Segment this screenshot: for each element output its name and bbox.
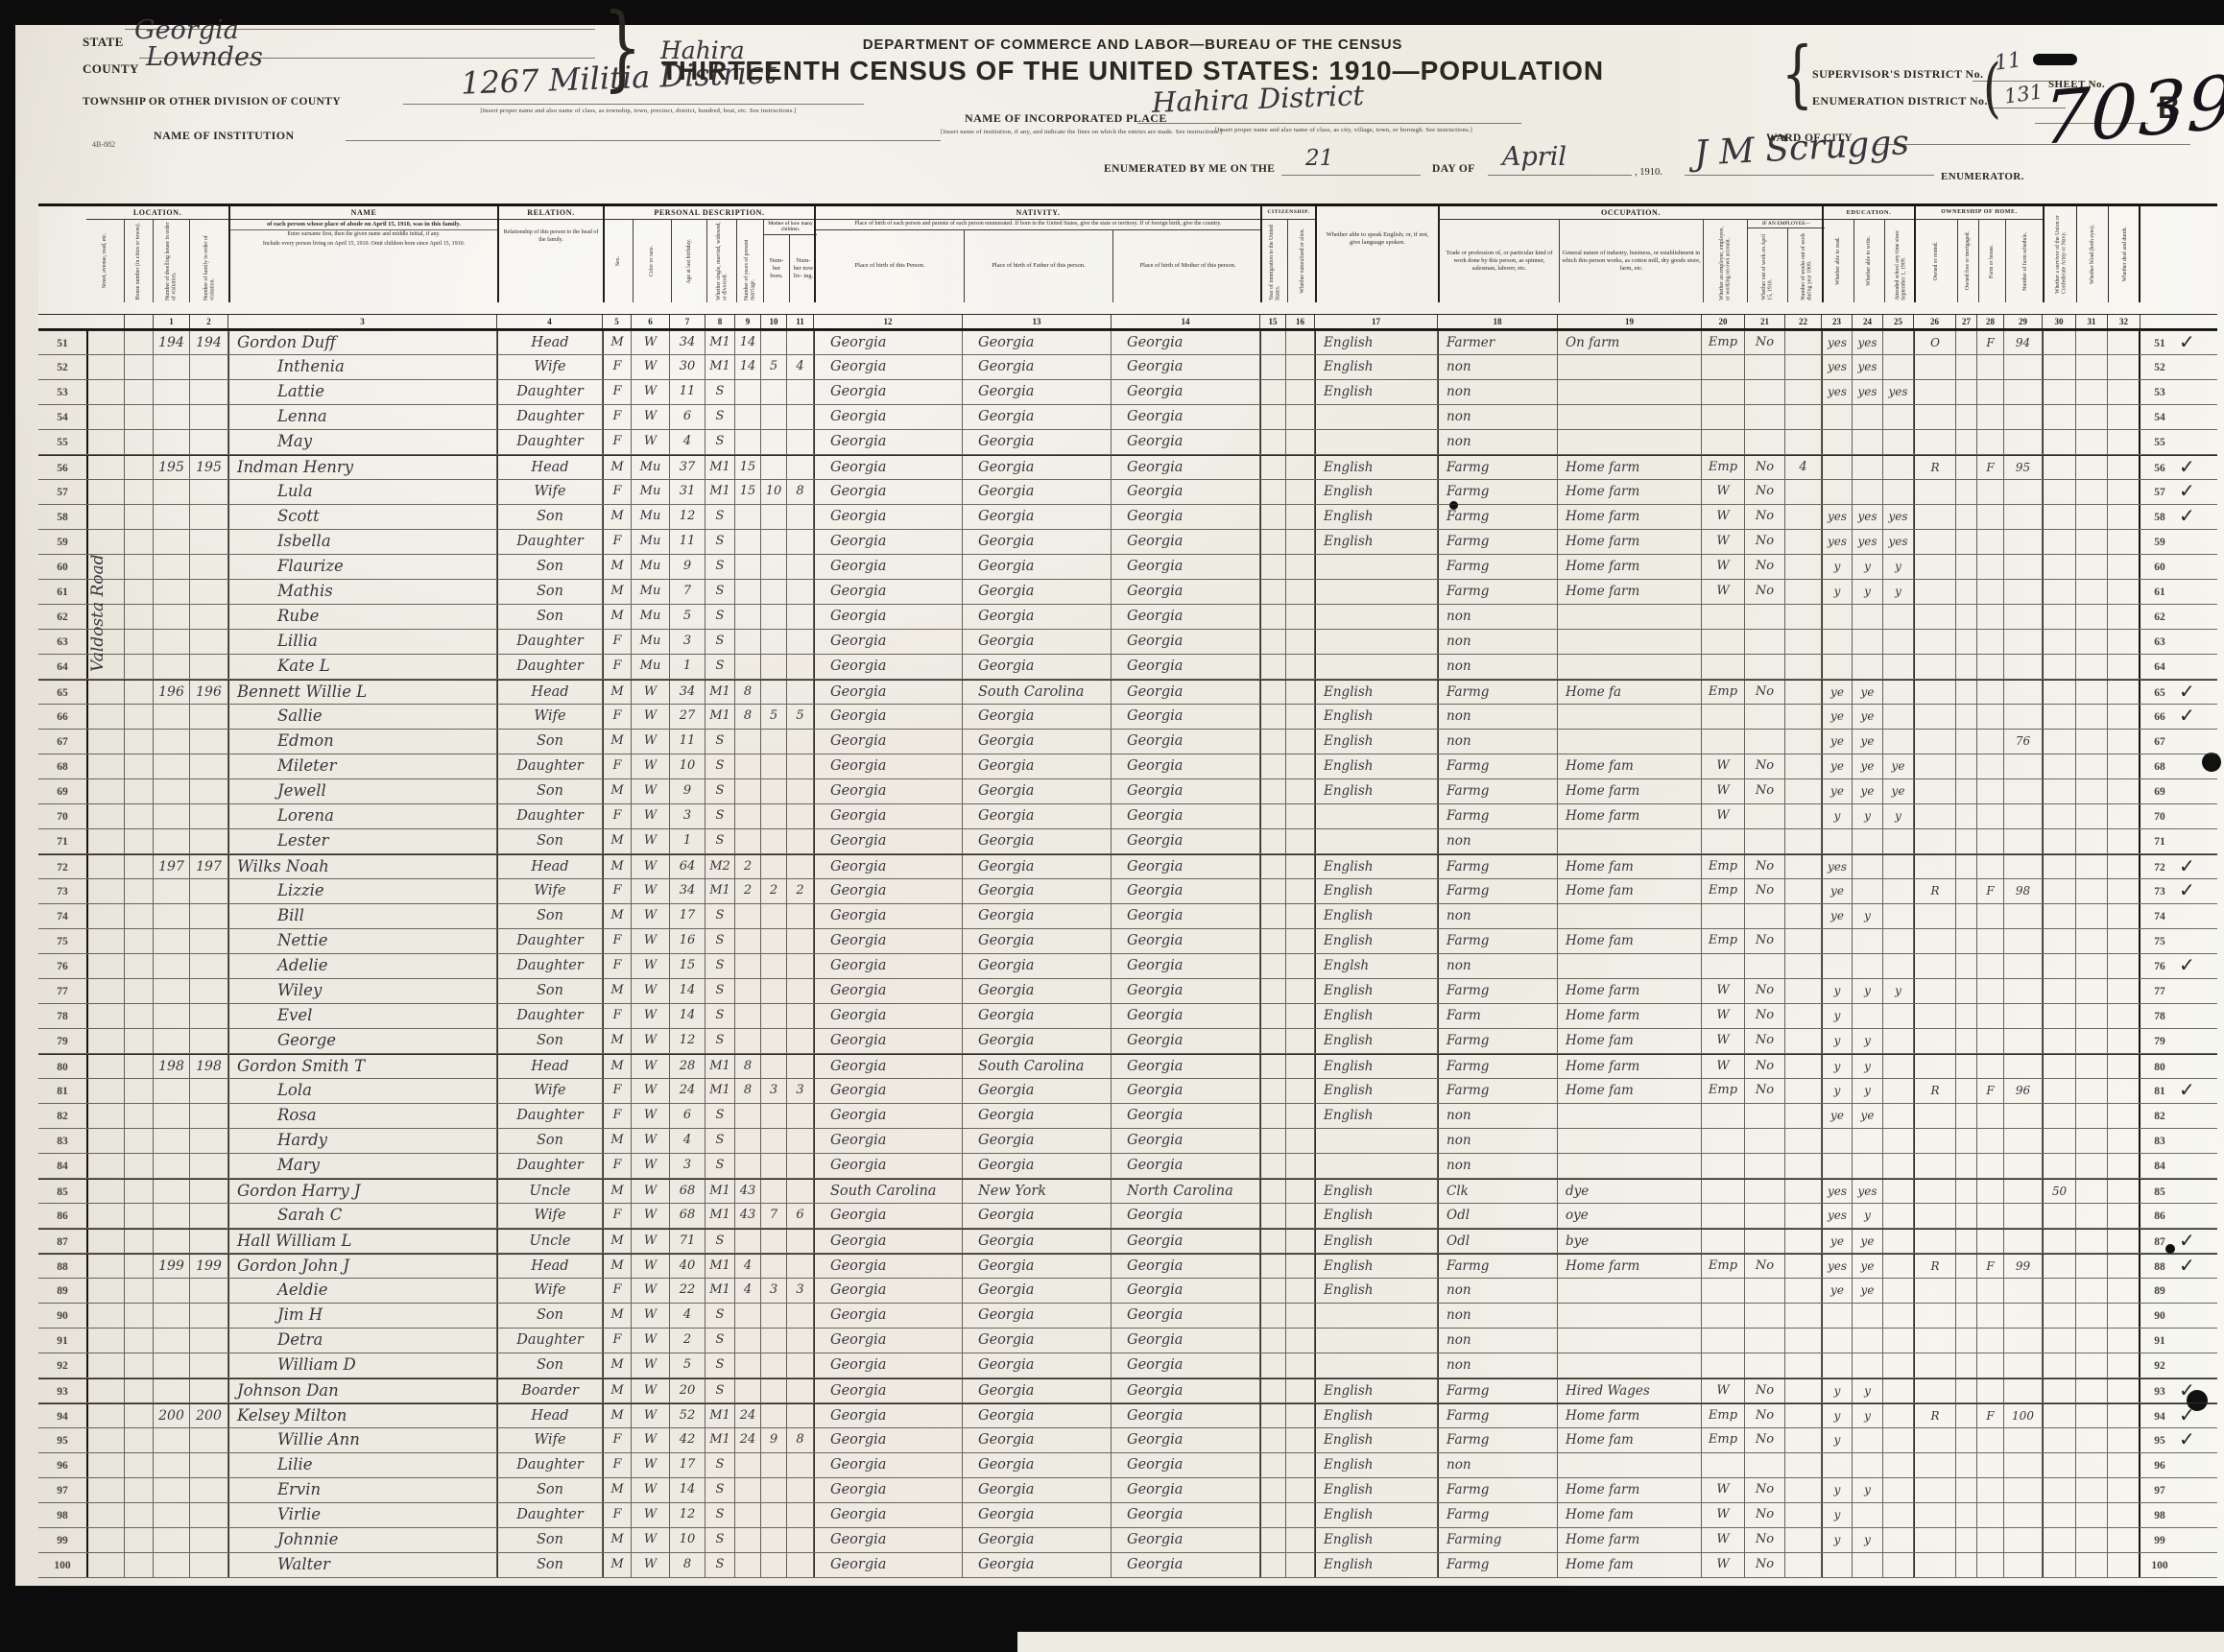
cell-cl [787,904,814,928]
cell-en [1315,1353,1438,1377]
line-number-left: 57 [38,480,86,504]
cell-dw [154,1154,190,1178]
cell-nm: Johnnie [228,1528,497,1552]
cell-ow: No [1745,1404,1785,1427]
cell-wk [1785,1304,1822,1328]
cell-dw [154,430,190,454]
cell-oh [1914,804,1956,828]
cell-ym: 8 [735,1055,761,1078]
line-number-right: 71 [2140,829,2179,853]
cell-fh [1977,1004,2004,1028]
cell-vt [2043,754,2076,778]
cell-in [1558,1353,1702,1377]
cell-cl: 5 [787,705,814,729]
column-header-bm: Place of birth of Mother of this person. [1113,230,1262,303]
group-location: LOCATION. Street, avenue, road, etc.Hous… [86,206,228,302]
cell-wr: ye [1853,705,1883,729]
cell-cb [761,1353,787,1377]
cell-rd: y [1822,1404,1853,1427]
cell-st [86,430,125,454]
cell-yi [1260,1329,1286,1353]
cell-sc [1883,855,1914,878]
cell-yi [1260,1079,1286,1103]
cell-vt: 50 [2043,1180,2076,1203]
column-header-cb: Num- ber born. [764,235,790,302]
cell-fn [2004,1379,2043,1402]
cell-wk [1785,430,1822,454]
line-number-left: 98 [38,1503,86,1527]
cell-wk [1785,630,1822,654]
cell-ag: 11 [670,530,705,554]
cell-df [2108,456,2140,479]
cell-bm: Georgia [1112,1553,1260,1577]
cell-bl [2076,655,2108,679]
cell-fo [1956,1428,1977,1452]
cell-ym [735,1129,761,1153]
cell-sx: M [603,456,632,479]
cell-fh: F [1977,879,2004,903]
cell-df [2108,1304,2140,1328]
cell-bf: Georgia [963,1478,1112,1502]
cell-nm: Sallie [228,705,497,729]
cell-bl [2076,331,2108,354]
cell-nm: Lilie [228,1453,497,1477]
cell-nm: Lattie [228,380,497,404]
cell-bm: Georgia [1112,1079,1260,1103]
margin-checkmark [2179,355,2217,379]
cell-bp: Georgia [814,1255,963,1278]
cell-wk [1785,1204,1822,1228]
cell-wr [1853,855,1883,878]
cell-wk [1785,1453,1822,1477]
cell-na [1286,829,1315,853]
cell-rd [1822,405,1853,429]
cell-ee: W [1702,804,1745,828]
cell-fo [1956,1079,1977,1103]
census-row-78: 78 EvelDaughterFW14SGeorgiaGeorgiaGeorgi… [38,1004,2217,1029]
census-row-54: 54 LennaDaughterFW6SGeorgiaGeorgiaGeorgi… [38,405,2217,430]
cell-bl [2076,929,2108,953]
cell-bf: Georgia [963,1503,1112,1527]
cell-rd: yes [1822,505,1853,529]
column-header-cl: Num- ber now liv- ing. [790,235,817,302]
cell-fm: 200 [190,1404,228,1427]
cell-ym [735,1503,761,1527]
cell-wk [1785,1004,1822,1028]
cell-fo [1956,1154,1977,1178]
cell-bl [2076,1129,2108,1153]
cell-fm [190,1353,228,1377]
line-number-right: 69 [2140,779,2179,803]
cell-vt [2043,1104,2076,1128]
cell-ag: 17 [670,1453,705,1477]
column-header-sc: Attended school any time since September… [1885,220,1916,302]
cell-fh: F [1977,1255,2004,1278]
cell-st [86,1230,125,1253]
cell-hn [125,1079,154,1103]
cell-dw [154,1104,190,1128]
cell-oh [1914,1353,1956,1377]
cell-sx: M [603,979,632,1003]
cell-fn: 76 [2004,730,2043,754]
cell-vt [2043,1029,2076,1053]
cell-fn [2004,405,2043,429]
cell-en: English [1315,1180,1438,1203]
cell-wr [1853,1004,1883,1028]
cell-nm: Mary [228,1154,497,1178]
cell-na [1286,405,1315,429]
cell-wr [1853,829,1883,853]
cell-hn [125,1453,154,1477]
cell-en: English [1315,929,1438,953]
line-number-right: 57 [2140,480,2179,504]
cell-yi [1260,1255,1286,1278]
cell-rl: Son [497,1528,603,1552]
cell-rd: y [1822,580,1853,604]
cell-wr: y [1853,1478,1883,1502]
cell-na [1286,380,1315,404]
cell-rl: Head [497,1255,603,1278]
cell-oh [1914,605,1956,629]
cell-vt [2043,1055,2076,1078]
margin-checkmark [2179,1503,2217,1527]
cell-ym: 24 [735,1428,761,1452]
cell-ag: 71 [670,1230,705,1253]
cell-ow [1745,904,1785,928]
cell-fo [1956,456,1977,479]
margin-checkmark: ✓ [2179,681,2217,704]
line-number-right: 91 [2140,1329,2179,1353]
cell-ag: 11 [670,380,705,404]
cell-ow [1745,1304,1785,1328]
cell-df [2108,1379,2140,1402]
cell-st [86,879,125,903]
cell-en [1315,430,1438,454]
cell-nm: Hardy [228,1129,497,1153]
cell-bl [2076,380,2108,404]
cell-ag: 68 [670,1204,705,1228]
cell-ms: S [705,655,735,679]
cell-cb [761,904,787,928]
cell-oh [1914,705,1956,729]
cell-vt [2043,1154,2076,1178]
group-nativity-title: NATIVITY. [816,206,1260,220]
cell-fh [1977,730,2004,754]
cell-fo [1956,804,1977,828]
cell-bp: Georgia [814,1129,963,1153]
cell-ow: No [1745,1055,1785,1078]
cell-ee: W [1702,480,1745,504]
cell-oc: Farm [1438,1004,1558,1028]
cell-yi [1260,1204,1286,1228]
cell-oc: Farmg [1438,505,1558,529]
cell-cl [787,530,814,554]
cell-oc: non [1438,1353,1558,1377]
cell-en: English [1315,1503,1438,1527]
cell-ym [735,804,761,828]
cell-cr: Mu [632,630,670,654]
cell-sx: M [603,681,632,704]
cell-bp: Georgia [814,555,963,579]
cell-ym [735,1004,761,1028]
line-number-right: 99 [2140,1528,2179,1552]
cell-st [86,1079,125,1103]
cell-bm: Georgia [1112,855,1260,878]
census-row-83: 83 HardySonMW4SGeorgiaGeorgiaGeorgianon8… [38,1129,2217,1154]
cell-bl [2076,1154,2108,1178]
cell-hn [125,405,154,429]
cell-bp: Georgia [814,1478,963,1502]
cell-en: English [1315,1079,1438,1103]
cell-bp: Georgia [814,1029,963,1053]
cell-rl: Daughter [497,380,603,404]
cell-rl: Son [497,730,603,754]
cell-oc: non [1438,705,1558,729]
column-number-df: 32 [2108,315,2140,328]
cell-sx: M [603,1304,632,1328]
cell-rd: y [1822,1004,1853,1028]
cell-wk [1785,1553,1822,1577]
cell-en: English [1315,505,1438,529]
cell-fn [2004,1353,2043,1377]
cell-yi [1260,1304,1286,1328]
column-number-en: 17 [1315,315,1438,328]
cell-wr: yes [1853,530,1883,554]
cell-fn [2004,430,2043,454]
cell-sx: F [603,1329,632,1353]
cell-st [86,530,125,554]
cell-hn [125,355,154,379]
line-number-left: 82 [38,1104,86,1128]
cell-en: English [1315,1379,1438,1402]
cell-wk [1785,480,1822,504]
line-number-left: 92 [38,1353,86,1377]
cell-bm: Georgia [1112,505,1260,529]
cell-ow [1745,1279,1785,1303]
cell-df [2108,754,2140,778]
cell-fn [2004,979,2043,1003]
column-header-ag: Age at last birthday. [672,220,707,302]
census-row-92: 92 William DSonMW5SGeorgiaGeorgiaGeorgia… [38,1353,2217,1378]
cell-sc [1883,480,1914,504]
page-stamp-number: 7039 [2041,59,2224,161]
cell-ym [735,754,761,778]
cell-cr: W [632,1379,670,1402]
line-number-right: 72 [2140,855,2179,878]
cell-st [86,1329,125,1353]
cell-ee [1702,954,1745,978]
cell-cb [761,456,787,479]
cell-nm: Detra [228,1329,497,1353]
cell-oc: non [1438,405,1558,429]
cell-fm [190,1104,228,1128]
census-row-80: 80198198Gordon Smith THeadMW28M18Georgia… [38,1054,2217,1079]
cell-hn [125,555,154,579]
cell-fh [1977,1478,2004,1502]
cell-en: English [1315,1428,1438,1452]
cell-rl: Son [497,979,603,1003]
cell-in: Hired Wages [1558,1379,1702,1402]
mother-subgroup: Mother of how many children. Num- ber bo… [763,220,817,302]
line-number-left: 78 [38,1004,86,1028]
cell-cb [761,1154,787,1178]
cell-in: Home fam [1558,929,1702,953]
cell-ym: 4 [735,1279,761,1303]
cell-ow [1745,730,1785,754]
cell-hn [125,1553,154,1577]
cell-na [1286,505,1315,529]
cell-bp: Georgia [814,1279,963,1303]
cell-fm [190,605,228,629]
cell-na [1286,954,1315,978]
cell-fn [2004,1129,2043,1153]
cell-sc: ye [1883,779,1914,803]
cell-wr [1853,1428,1883,1452]
line-number-right: 82 [2140,1104,2179,1128]
cell-oc: non [1438,1154,1558,1178]
cell-dw: 198 [154,1055,190,1078]
cell-yi [1260,855,1286,878]
cell-ow: No [1745,979,1785,1003]
line-number-left: 70 [38,804,86,828]
line-number-left: 51 [38,331,86,354]
cell-df [2108,1230,2140,1253]
cell-sc [1883,1453,1914,1477]
cell-st [86,804,125,828]
cell-sx: M [603,1478,632,1502]
cell-bf: Georgia [963,879,1112,903]
cell-cr: W [632,1104,670,1128]
cell-df [2108,1329,2140,1353]
cell-ee [1702,829,1745,853]
cell-fh [1977,505,2004,529]
cell-sc [1883,929,1914,953]
cell-fh [1977,929,2004,953]
census-row-99: 99 JohnnieSonMW10SGeorgiaGeorgiaGeorgiaE… [38,1528,2217,1553]
cell-fm [190,705,228,729]
cell-fn [2004,855,2043,878]
cell-fo [1956,705,1977,729]
cell-vt [2043,405,2076,429]
cell-sc [1883,1079,1914,1103]
cell-bm: Georgia [1112,681,1260,704]
cell-oh [1914,530,1956,554]
cell-df [2108,1503,2140,1527]
cell-fh [1977,555,2004,579]
cell-ms: M1 [705,1079,735,1103]
cell-hn [125,1379,154,1402]
cell-oc: Farming [1438,1528,1558,1552]
cell-oc: non [1438,1104,1558,1128]
division-rule [403,104,864,105]
cell-wk [1785,1329,1822,1353]
line-number-left: 89 [38,1279,86,1303]
cell-nm: Gordon Harry J [228,1180,497,1203]
cell-df [2108,879,2140,903]
cell-rd [1822,1553,1853,1577]
cell-oh [1914,1129,1956,1153]
line-number-left: 67 [38,730,86,754]
cell-in [1558,1154,1702,1178]
cell-df [2108,1353,2140,1377]
cell-en: English [1315,355,1438,379]
cell-rl: Wife [497,705,603,729]
cell-ag: 6 [670,1104,705,1128]
cell-ee [1702,430,1745,454]
cell-ag: 16 [670,929,705,953]
cell-dw [154,355,190,379]
cell-bm: Georgia [1112,1104,1260,1128]
cell-fm [190,1029,228,1053]
cell-vt [2043,1404,2076,1427]
cell-bl [2076,555,2108,579]
cell-bp: Georgia [814,405,963,429]
cell-bp: Georgia [814,979,963,1003]
cell-en: English [1315,530,1438,554]
cell-rd [1822,655,1853,679]
cell-sc [1883,1129,1914,1153]
cell-sc [1883,1154,1914,1178]
cell-hn [125,605,154,629]
stamp-mark [2033,54,2077,65]
cell-wk [1785,705,1822,729]
margin-checkmark: ✓ [2179,480,2217,504]
cell-fh: F [1977,1079,2004,1103]
cell-bf: Georgia [963,1329,1112,1353]
cell-oh [1914,1154,1956,1178]
cell-oc: non [1438,1129,1558,1153]
column-header-df: Whether deaf and dumb. [2109,206,2141,302]
line-number-right: 79 [2140,1029,2179,1053]
cell-ym [735,1230,761,1253]
cell-oh [1914,405,1956,429]
cell-ag: 8 [670,1553,705,1577]
name-note-1: of each person whose place of abode on A… [230,220,497,229]
enumerated-year: , 1910. [1635,167,1662,178]
line-number-left: 96 [38,1453,86,1477]
census-row-65: 65196196Bennett Willie LHeadMW34M18Georg… [38,680,2217,705]
cell-wk: 4 [1785,456,1822,479]
cell-fh [1977,1428,2004,1452]
cell-ym: 15 [735,480,761,504]
cell-ym: 8 [735,705,761,729]
margin-checkmark: ✓ [2179,1428,2217,1452]
cell-bp: Georgia [814,1154,963,1178]
cell-in [1558,380,1702,404]
cell-na [1286,1404,1315,1427]
line-number-right: 73 [2140,879,2179,903]
cell-bp: Georgia [814,1055,963,1078]
month-rule [1488,175,1632,176]
column-number-cr: 6 [632,315,670,328]
cell-wr [1853,879,1883,903]
cell-bp: Georgia [814,1104,963,1128]
cell-rl: Son [497,1029,603,1053]
line-number-left: 83 [38,1129,86,1153]
cell-in [1558,430,1702,454]
cell-in [1558,1453,1702,1477]
cell-bp: Georgia [814,730,963,754]
column-number-yi: 15 [1260,315,1286,328]
cell-ag: 4 [670,1129,705,1153]
cell-fh: F [1977,456,2004,479]
column-number-fo: 27 [1956,315,1977,328]
cell-fh [1977,480,2004,504]
cell-fo [1956,904,1977,928]
cell-sx: F [603,954,632,978]
cell-ee: W [1702,1004,1745,1028]
cell-hn [125,1029,154,1053]
